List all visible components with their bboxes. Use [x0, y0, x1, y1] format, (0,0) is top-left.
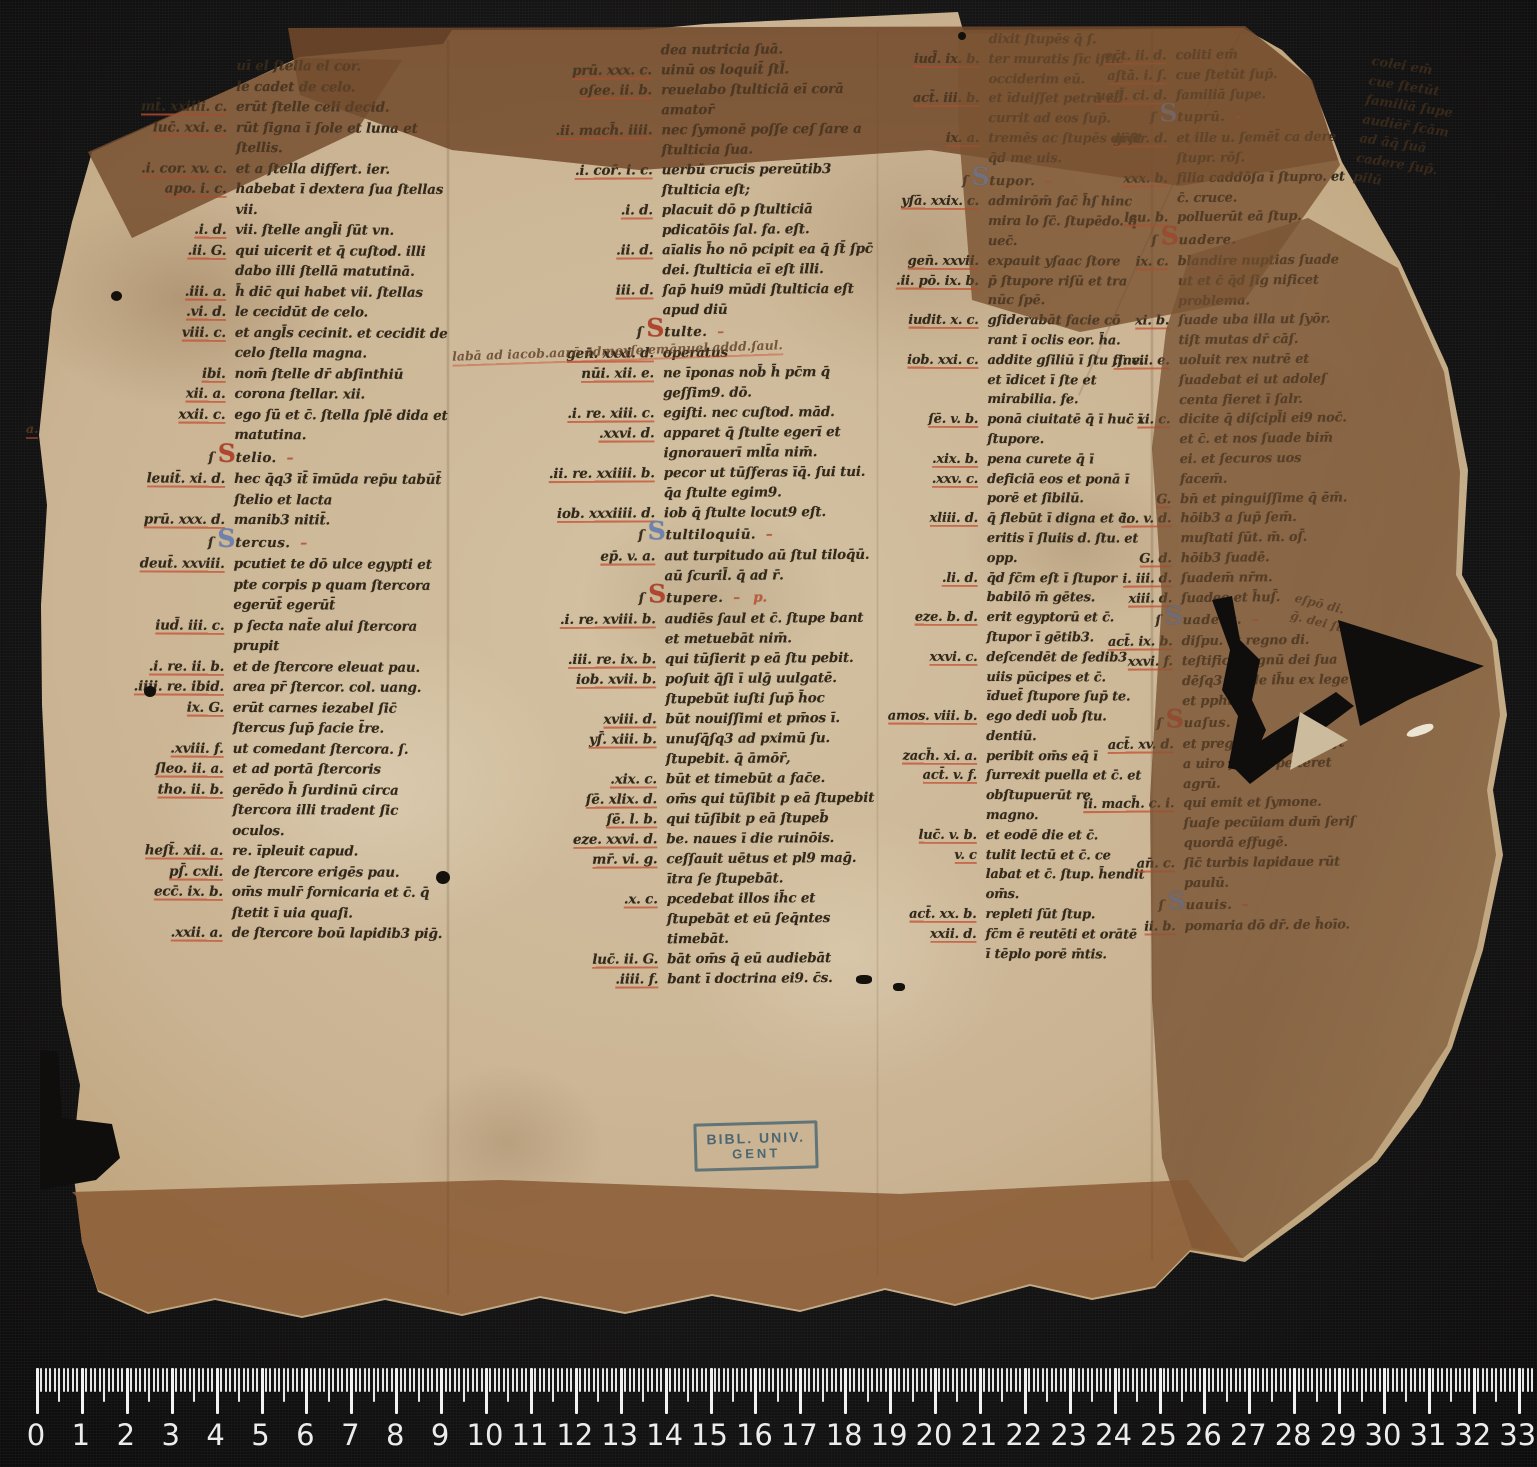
ruler-tick — [1082, 1368, 1084, 1392]
concordance-entry: ſleo. ii. a.et ad portā ſtercoris — [61, 758, 449, 781]
ruler-tick — [1275, 1368, 1277, 1392]
ruler-tick — [409, 1368, 411, 1392]
concordance-entry: .xxii. a.de ſtercore boū lapidib3 piḡ. — [60, 922, 448, 945]
ruler-tick — [934, 1368, 937, 1414]
ruler-tick — [458, 1368, 460, 1392]
concordance-entry: viii. c.et angl̄s cecinit. et cecidit de… — [63, 321, 451, 364]
bible-citation: .ſ. vii. e. — [1039, 351, 1179, 372]
bible-citation: .i. re. xviii. b. — [529, 609, 665, 630]
bible-citation: xxvi. c. — [844, 647, 986, 667]
ruler-tick — [1248, 1368, 1251, 1414]
bible-citation: .xix. b. — [845, 449, 987, 469]
entry-text: ego ſū et c̄. ſtella ſplē dida et matuti… — [234, 404, 450, 446]
ruler-tick — [1419, 1368, 1421, 1392]
ruler-tick — [103, 1368, 105, 1402]
bible-citation: iud̄. iii. c. — [61, 614, 233, 635]
ruler-tick — [377, 1368, 379, 1392]
ruler-tick — [346, 1368, 348, 1392]
concordance-entry: mr̄. vi. g.ceſſauit uētus et pl9 maḡ. īt… — [530, 848, 878, 890]
ruler-tick — [90, 1368, 92, 1392]
ruler-tick — [961, 1368, 963, 1392]
ruler-tick — [1396, 1368, 1398, 1392]
ruler-tick — [467, 1368, 469, 1392]
concordance-entry: ſē. l. b.qui tūſibit p eā ſtupeb̄ — [530, 808, 878, 830]
ruler-tick — [1055, 1368, 1057, 1392]
concordance-entry: .xxvi. d.apparet q̄ ſtulte egerī et igno… — [527, 422, 875, 464]
ruler-tick — [431, 1368, 433, 1392]
ruler-tick — [1374, 1368, 1376, 1392]
ruler-tick — [436, 1368, 438, 1392]
bible-citation: ibi. — [63, 362, 235, 383]
ruler-tick — [575, 1368, 578, 1414]
ruler-tick — [287, 1368, 289, 1392]
bible-citation: ſē. v. b. — [845, 410, 987, 430]
ruler-tick — [656, 1368, 658, 1392]
ruler-tick — [180, 1368, 182, 1392]
ruler-tick — [1087, 1368, 1089, 1392]
concordance-entry: .i. re. xviii. b.audiēs ſaul et c̄. ſtup… — [529, 608, 877, 650]
concordance-entry: prū. xxx. d.manib3 nitit̄. — [62, 509, 450, 532]
entry-text: placuit dō p ſtulticiā pdicatōis ſal. fa… — [662, 199, 874, 240]
bible-citation — [64, 55, 236, 56]
entry-text: qui uicerit et q̄ cuſtod. illi dabo illi… — [235, 240, 451, 282]
headword: ſStercus.– — [194, 530, 450, 555]
ruler-tick — [449, 1368, 451, 1392]
concordance-entry: .xviii. f.ut comedant ſtercora. ſ. — [61, 737, 449, 760]
ruler-tick — [422, 1368, 424, 1392]
bible-citation: viii. c. — [63, 321, 235, 342]
ruler-tick — [1482, 1368, 1484, 1392]
ruler-tick — [1028, 1368, 1030, 1392]
ruler-tick — [1181, 1368, 1183, 1402]
entry-text: ut comedant ſtercora. ſ. — [233, 738, 449, 760]
ruler-tick — [1105, 1368, 1107, 1392]
ruler-tick — [745, 1368, 747, 1392]
ruler-tick — [310, 1368, 312, 1392]
bible-citation: ſleo. ii. a. — [61, 758, 233, 779]
ruler-tick — [265, 1368, 267, 1392]
ruler-tick — [817, 1368, 819, 1392]
colored-initial: S — [648, 579, 666, 608]
ruler-tick — [786, 1368, 788, 1392]
bible-citation: xiii. d. — [1041, 589, 1181, 610]
ruler-tick — [1500, 1368, 1502, 1392]
ruler-tick — [175, 1368, 177, 1392]
ruler-tick — [705, 1368, 707, 1392]
ruler-tick — [1495, 1368, 1497, 1402]
ruler-tick — [862, 1368, 864, 1392]
bible-citation: .ii. pō. ix. b. — [846, 271, 988, 291]
ruler-tick — [1464, 1368, 1466, 1392]
bible-citation: eze. xxvi. d. — [530, 829, 666, 850]
colored-initial: S — [646, 313, 664, 342]
ruler-tick — [1132, 1368, 1134, 1392]
ruler-tick — [1325, 1368, 1327, 1392]
ruler-tick — [894, 1368, 896, 1392]
bible-citation: xii. a. — [63, 383, 235, 404]
colored-initial: S — [218, 438, 236, 467]
ruler-tick — [759, 1368, 761, 1392]
bible-citation: luc̄. v. b. — [844, 825, 986, 845]
bible-citation: .xix. c. — [530, 769, 666, 790]
ruler-tick — [521, 1368, 523, 1392]
ruler-tick — [1379, 1368, 1381, 1392]
ruler-tick — [463, 1368, 465, 1402]
ruler-tick — [198, 1368, 200, 1392]
ruler-tick — [1370, 1368, 1372, 1392]
ruler-tick — [247, 1368, 249, 1392]
ruler-tick — [647, 1368, 649, 1392]
ruler-tick — [674, 1368, 676, 1392]
ruler-tick — [992, 1368, 994, 1392]
bible-citation: pſ̄. cxli. — [60, 860, 232, 881]
ruler-tick — [81, 1368, 84, 1414]
ruler-tick — [1311, 1368, 1313, 1392]
ruler-tick — [660, 1368, 662, 1392]
ruler-tick — [337, 1368, 339, 1392]
ruler-tick — [391, 1368, 393, 1392]
ruler-tick — [341, 1368, 343, 1392]
ruler-tick — [296, 1368, 298, 1392]
concordance-entry: .i. d.vii. ſtelle angl̄i ſūt vn. — [63, 219, 451, 242]
bible-citation: iob. xxxiiii. d. — [528, 503, 664, 524]
ruler-tick — [67, 1368, 69, 1392]
bible-citation: ecc̄. ix. b. — [60, 881, 232, 902]
ruler-tick — [1167, 1368, 1169, 1392]
ruler-tick — [1450, 1368, 1452, 1402]
ruler-tick — [795, 1368, 797, 1392]
ruler-tick — [386, 1368, 388, 1392]
ruler-tick — [63, 1368, 65, 1392]
bible-citation: tho. ii. b. — [60, 778, 232, 799]
ruler-tick — [1441, 1368, 1443, 1392]
ruler-tick — [696, 1368, 698, 1392]
ruler-tick — [1518, 1368, 1521, 1414]
ruler-tick — [1531, 1368, 1533, 1392]
ruler-tick — [1477, 1368, 1479, 1392]
ruler-tick — [49, 1368, 51, 1392]
ruler-tick — [1338, 1368, 1341, 1414]
ruler-tick — [359, 1368, 361, 1392]
ruler-tick — [1383, 1368, 1386, 1414]
ruler-tick — [193, 1368, 195, 1402]
ruler-tick — [799, 1368, 802, 1414]
ruler-tick — [871, 1368, 873, 1392]
bible-citation: eze. b. d. — [845, 608, 987, 628]
ruler-tick — [229, 1368, 231, 1392]
ruler-tick — [561, 1368, 563, 1392]
ruler-tick — [620, 1368, 623, 1414]
ruler-tick — [1491, 1368, 1493, 1392]
ruler-tick — [1302, 1368, 1304, 1392]
ruler-tick — [1437, 1368, 1439, 1392]
ruler-tick — [808, 1368, 810, 1392]
ruler-tick — [669, 1368, 671, 1392]
ruler-tick — [1176, 1368, 1178, 1392]
ruler-tick — [638, 1368, 640, 1392]
ruler-tick — [1015, 1368, 1017, 1392]
ruler-tick — [898, 1368, 900, 1392]
ruler-tick — [130, 1368, 132, 1392]
ruler-tick — [332, 1368, 334, 1392]
ruler-tick — [1051, 1368, 1053, 1392]
ruler-tick — [835, 1368, 837, 1392]
ruler-tick — [404, 1368, 406, 1392]
ruler-tick — [921, 1368, 923, 1392]
ruler-tick — [633, 1368, 635, 1392]
ruler-tick — [373, 1368, 375, 1402]
ruler-tick — [234, 1368, 236, 1392]
entry-text: p ſecta nat̄e alui ſtercora prupit — [233, 615, 449, 657]
ruler-tick — [301, 1368, 303, 1392]
ruler-tick — [395, 1368, 398, 1414]
ruler-tick — [485, 1368, 488, 1414]
ruler-tick — [853, 1368, 855, 1392]
ruler-tick — [261, 1368, 264, 1414]
bible-citation: luc̄. ii. G. — [531, 949, 667, 970]
concordance-entry: xii. a.corona ſtellar. xii. — [63, 383, 451, 406]
ruler-tick — [1136, 1368, 1138, 1402]
ruler-tick — [925, 1368, 927, 1392]
ruler-tick — [548, 1368, 550, 1392]
bible-citation: yſ̄. xiii. b. — [530, 729, 666, 750]
entry-text: om̄s mulr̄ fornicaria et c̄. q̄ ſtetit ī… — [232, 882, 448, 924]
ruler-tick — [1316, 1368, 1318, 1402]
concordance-entry: iud̄. iii. c.p ſecta nat̄e alui ſtercora… — [61, 614, 449, 657]
ruler-tick — [1109, 1368, 1111, 1392]
ruler-tick — [790, 1368, 792, 1392]
ruler-tick — [243, 1368, 245, 1392]
ruler-tick — [278, 1368, 280, 1392]
ruler-tick — [597, 1368, 599, 1402]
ruler-tick — [135, 1368, 137, 1392]
ruler-tick — [570, 1368, 572, 1392]
concordance-entry: .ii. d.aīalis h̄o nō pcipit ea q̄ ſt̄ ſp… — [526, 239, 874, 281]
ruler-tick — [1513, 1368, 1515, 1392]
ruler-tick — [418, 1368, 420, 1402]
concordance-entry: .x. c.pcedebat illos ih̄c et ſtupebāt et… — [531, 888, 879, 950]
entry-text: egiſti. nec cuſtod. mād. — [663, 402, 875, 423]
ruler-tick — [979, 1368, 982, 1414]
concordance-entry: ix. G.erūt carnes iezabel ſic̄ ſtercus ſ… — [61, 696, 449, 739]
ruler-tick — [1280, 1368, 1282, 1392]
concordance-entry: iob. xvii. b.poſuit q̄ſi ī ulḡ uulgatē. … — [529, 668, 877, 710]
ruler-tick — [741, 1368, 743, 1392]
entry-text: hec q̄q3 īt̄ īmūda rep̄u tabūt̄ ſtelio e… — [234, 469, 450, 511]
ruler-tick — [1365, 1368, 1367, 1392]
ruler-tick — [593, 1368, 595, 1392]
concordance-entry: .ii. G.qui uicerit et q̄ cuſtod. illi da… — [63, 239, 451, 282]
concordance-entry: deut̄. xxviii.pcutiet te dō ulce egypti … — [61, 553, 449, 617]
ruler-tick — [732, 1368, 734, 1402]
ruler-tick — [1334, 1368, 1336, 1392]
ruler-tick — [665, 1368, 668, 1414]
ruler-tick — [314, 1368, 316, 1392]
ruler-tick — [503, 1368, 505, 1392]
ruler-tick — [184, 1368, 186, 1392]
ruler-tick — [1423, 1368, 1425, 1392]
ruler-tick — [162, 1368, 164, 1392]
concordance-entry: eze. xxvi. d.be. naues ī die ruinōis. — [530, 828, 878, 850]
concordance-entry: iob. xxxiiii. d.iob q̄ ſtulte locut9 eſt… — [528, 502, 876, 524]
ruler-tick — [1473, 1368, 1476, 1414]
bible-citation: .i. re. xiii. c. — [527, 403, 663, 424]
stamp-line2: GENT — [697, 1144, 815, 1162]
ruler-tick — [1217, 1368, 1219, 1392]
ruler-tick — [876, 1368, 878, 1392]
ruler-tick — [629, 1368, 631, 1392]
ruler-tick — [1293, 1368, 1296, 1414]
ruler-tick — [916, 1368, 918, 1392]
ruler-tick — [144, 1368, 146, 1392]
concordance-entry: ep̄. v. a.aut turpitudo aū ſtul tiloq̄ū.… — [528, 545, 876, 587]
ruler-tick — [1141, 1368, 1143, 1392]
ruler-tick — [1163, 1368, 1165, 1392]
colored-initial: S — [217, 523, 235, 552]
concordance-entry: luc̄. ii. G.bāt om̄s q̄ eū audiebāt — [531, 948, 879, 970]
ruler-tick — [867, 1368, 869, 1402]
ruler-tick — [1405, 1368, 1407, 1402]
ruler-tick — [283, 1368, 285, 1402]
bible-citation: .i. d. — [526, 200, 662, 221]
entry-text: pcutiet te dō ulce egypti et pte corpis … — [233, 554, 449, 617]
headword: ſStultiloquiū.– — [624, 522, 876, 547]
bible-citation: v. c — [844, 845, 986, 865]
ruler-tick — [997, 1368, 999, 1392]
concordance-entry: heſt̄. xii. a.re. īpleuit capud. — [60, 840, 448, 863]
ruler-tick — [1468, 1368, 1470, 1392]
ruler-tick — [54, 1368, 56, 1392]
concordance-entry: ſē. xlix. d.om̄s qui tūſibit p eā ſtupeb… — [530, 788, 878, 810]
ruler-tick — [754, 1368, 757, 1414]
ruler-tick — [157, 1368, 159, 1392]
ruler-tick — [683, 1368, 685, 1392]
ruler-tick — [1078, 1368, 1080, 1392]
bible-citation: .xviii. f. — [61, 737, 233, 758]
entry-text: le cecidūt de celo. — [235, 302, 451, 324]
ruler-tick — [481, 1368, 483, 1392]
ruler-tick — [974, 1368, 976, 1392]
bible-citation: act̄. v. f. — [844, 766, 986, 786]
ruler-tick — [58, 1368, 60, 1402]
ruler-tick — [930, 1368, 932, 1392]
ruler-tick — [121, 1368, 123, 1392]
concordance-entry: ecc̄. ix. b.om̄s mulr̄ fornicaria et c̄.… — [60, 881, 448, 924]
ruler-tick — [781, 1368, 783, 1392]
ruler-tick — [108, 1368, 110, 1392]
ruler-tick — [319, 1368, 321, 1392]
bible-citation: .vi. d. — [63, 301, 235, 322]
ruler-tick — [943, 1368, 945, 1392]
ruler-tick — [1230, 1368, 1232, 1392]
entry-text: erūt carnes iezabel ſic̄ ſtercus ſup̄ fa… — [233, 697, 449, 739]
entry-text: et de ſtercore eleuat pau. — [233, 656, 449, 678]
ruler-number: 33 — [1488, 1418, 1537, 1452]
ruler-tick — [220, 1368, 222, 1392]
entry-text: de ſtercore boū lapidib3 piḡ. — [232, 923, 448, 945]
ruler-tick — [912, 1368, 914, 1402]
ruler-tick — [1271, 1368, 1273, 1402]
entry-text: ne īponas nob̄ h̄ pc̄m q̄ geſſim9. dō. — [663, 362, 875, 403]
ruler-tick — [1069, 1368, 1072, 1414]
flap-text-fragment: colei em̄cue ſtetūtfamiliā ſupeaudiēr̄ ſ… — [1352, 52, 1460, 201]
ruler-tick — [880, 1368, 882, 1392]
wormhole — [144, 686, 156, 697]
ruler-tick — [1118, 1368, 1120, 1392]
ruler-tick — [1150, 1368, 1152, 1392]
ruler-tick — [1504, 1368, 1506, 1392]
ruler-tick — [1284, 1368, 1286, 1392]
ruler-tick — [1392, 1368, 1394, 1392]
ruler-tick — [907, 1368, 909, 1392]
ruler-tick — [822, 1368, 824, 1402]
ruler-tick — [1145, 1368, 1147, 1392]
ruler-tick — [368, 1368, 370, 1392]
ruler-tick — [1320, 1368, 1322, 1392]
entry-text: area pr̄ ſtercor. col. uang. — [233, 677, 449, 699]
ruler-tick — [445, 1368, 447, 1392]
concordance-entry: .iii. re. ix. b.qui tūſierit p eā ſtu pe… — [529, 648, 877, 670]
ruler-tick — [1361, 1368, 1363, 1402]
ruler-tick — [1123, 1368, 1125, 1392]
bible-citation: i. iii. d. — [1041, 569, 1181, 590]
ruler-tick — [965, 1368, 967, 1392]
ruler-tick — [512, 1368, 514, 1392]
ruler-tick — [889, 1368, 892, 1414]
ruler-tick — [566, 1368, 568, 1392]
entry-text: re. īpleuit capud. — [232, 841, 448, 863]
concordance-entry: xxii. c.ego ſū et c̄. ſtella ſplē dida e… — [62, 403, 450, 446]
concordance-entry: iii. d.ſap̄ hui9 mūdi ſtulticia eſt apud… — [526, 279, 874, 321]
ruler-tick — [1159, 1368, 1162, 1414]
ruler-tick — [1446, 1368, 1448, 1392]
concordance-entry: .vi. d.le cecidūt de celo. — [63, 301, 451, 324]
concordance-entry: .xix. c.būt et timebūt a fac̄e. — [530, 768, 878, 790]
bible-citation: amos. viii. b. — [844, 707, 986, 727]
ruler-tick — [1509, 1368, 1511, 1392]
ruler-tick — [1356, 1368, 1358, 1392]
entry-text: et ad portā ſtercoris — [233, 759, 449, 781]
ruler-tick — [539, 1368, 541, 1392]
bible-citation: act̄. xx. b. — [844, 905, 986, 925]
bible-citation: .iii. a. — [63, 280, 235, 301]
ruler-tick — [1114, 1368, 1117, 1414]
ruler-tick — [1212, 1368, 1214, 1392]
ruler-tick — [1154, 1368, 1156, 1392]
ruler-tick — [678, 1368, 680, 1392]
wormhole — [958, 32, 966, 40]
ruler-tick — [849, 1368, 851, 1392]
bible-citation: .iii. re. ix. b. — [529, 649, 665, 670]
bible-citation: ix. G. — [61, 696, 233, 717]
bible-citation: ep̄. v. a. — [528, 546, 664, 567]
entry-text: corona ſtellar. xii. — [234, 384, 450, 406]
ruler-tick — [642, 1368, 644, 1402]
ruler-tick — [1042, 1368, 1044, 1392]
bible-citation: iii. d. — [526, 280, 662, 301]
ruler-tick — [615, 1368, 617, 1392]
entry-text: h̄ dic̄ qui habet vii. ſtellas — [235, 281, 451, 303]
concordance-entry: pſ̄. cxli.de ſtercore erigēs pau. — [60, 860, 448, 883]
ruler-tick — [85, 1368, 87, 1392]
entry-text: vii. ſtelle angl̄i ſūt vn. — [235, 220, 451, 242]
headword: ſStelio.– — [194, 445, 450, 470]
ruler-tick — [826, 1368, 828, 1392]
ruler-tick — [1221, 1368, 1223, 1392]
ruler-tick — [1486, 1368, 1488, 1392]
ruler-tick — [1527, 1368, 1529, 1392]
ruler-tick — [350, 1368, 353, 1414]
